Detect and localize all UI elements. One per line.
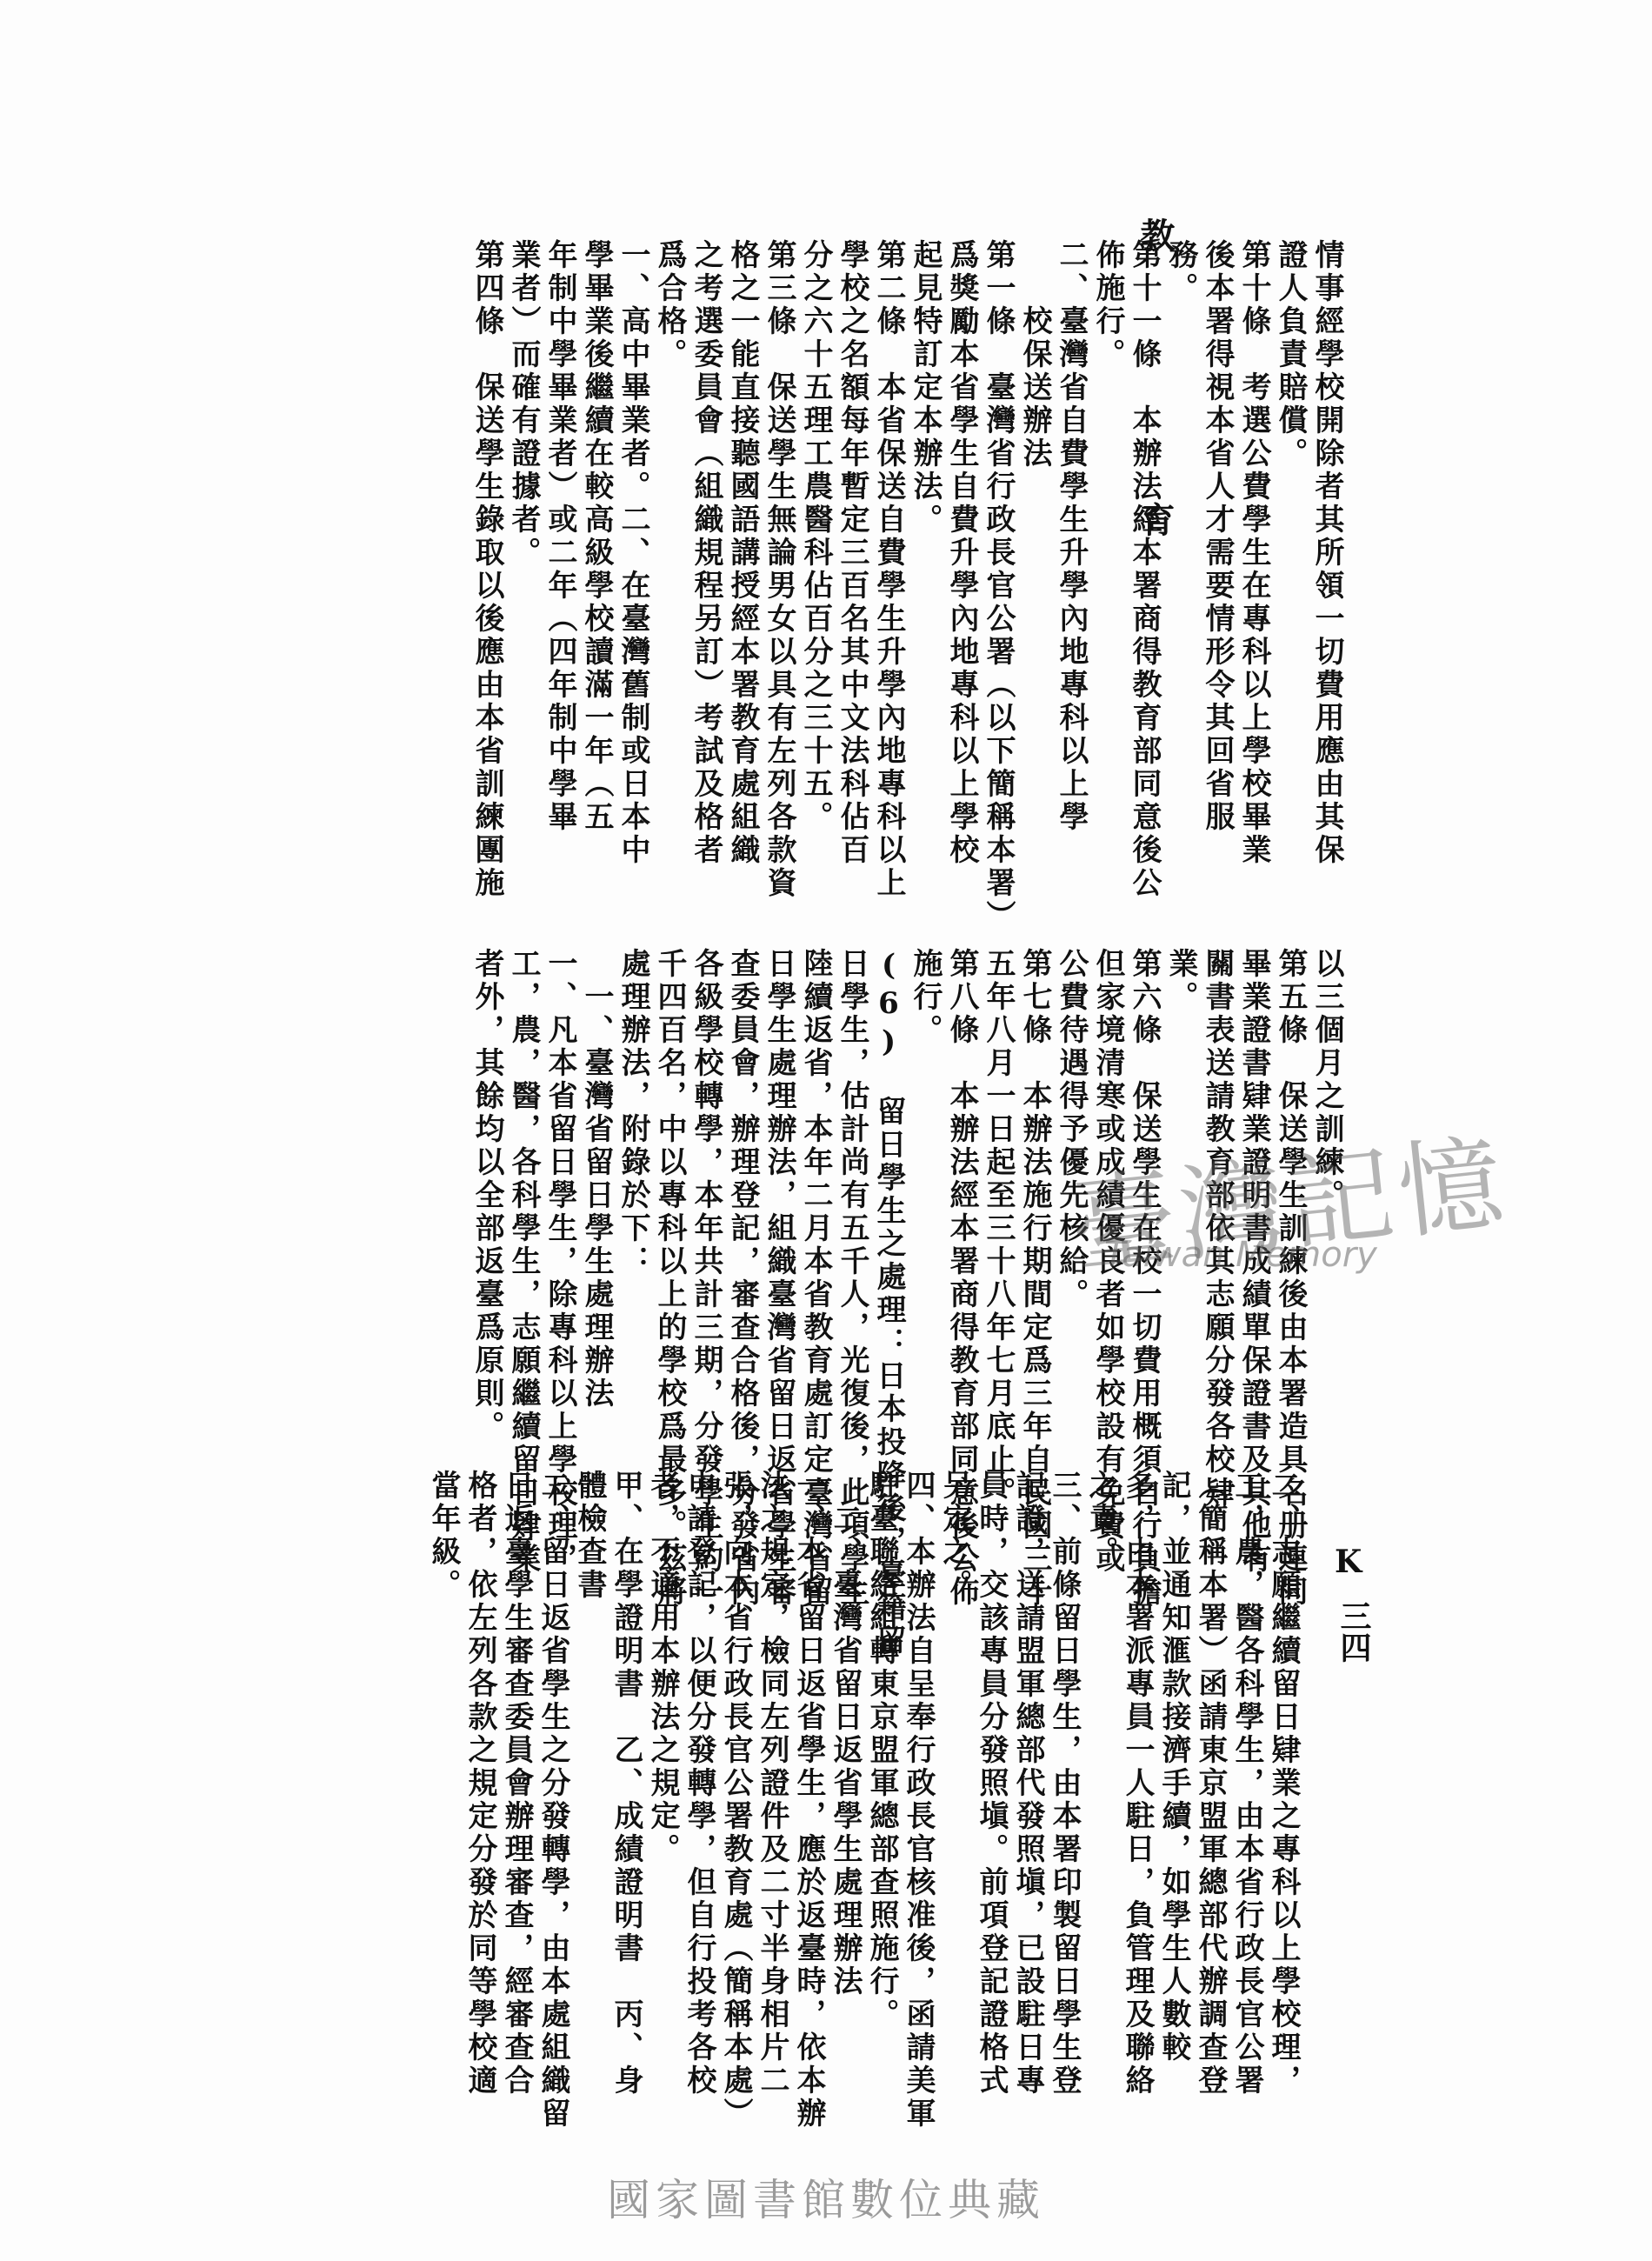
page-code: K [1335, 1544, 1362, 1580]
scanned-document-page: 教 育 K 三四 情事經學校開除者其所領一切費用應由其保證人負責賠償。第十條 考… [0, 0, 1652, 2261]
text-column: 格之一能直接聽國語講授經本署教育處組織 [724, 239, 761, 867]
text-column: 後本署得視本省人才需要情形令其回省服 [1199, 239, 1236, 834]
text-column: 佈施行。 [1089, 239, 1126, 371]
text-column: 學畢業後繼續在較高級學校讀滿一年（五 [578, 239, 615, 834]
text-column: 學校之名額每年暫定三百名其中文法科佔百 [834, 239, 870, 867]
text-column: 證人負責賠償。 [1272, 239, 1309, 470]
text-column: 年制中學畢業者）或二年（四年制中學畢 [542, 239, 578, 834]
footer-archive-label: 國家圖書館數位典藏 [0, 2165, 1652, 2228]
text-column: 之責。 [1082, 1470, 1119, 1569]
text-column: 多，由本署派專員一人駐日，負管理及聯絡 [1119, 1470, 1156, 2098]
text-column: 二、臺灣省自費學生升學內地專科以上學 [1053, 239, 1089, 834]
text-column: 第十一條 本辦法經本署商得教育部同意後公 [1126, 239, 1162, 900]
text-column: 施行。 [907, 948, 943, 1047]
text-column: （簡稱本署）函請東京盟軍總部代辦調查登 [1192, 1470, 1229, 2098]
text-column: 體檢查書 [571, 1470, 608, 1602]
page-number: 三四 [1332, 1600, 1376, 1663]
text-column: 第二條 本省保送自費學生升學內地專科以上 [870, 239, 907, 900]
watermark-english: Taiwan Memory [1104, 1235, 1377, 1275]
text-column: 二、志願繼續留日肄業之專科以上學校理， [1265, 1470, 1302, 2098]
text-column: 記，並通知滙款接濟手續，如學生人數較 [1156, 1470, 1192, 2064]
text-column: 第四條 保送學生錄取以後應由本省訓練團施 [469, 239, 505, 900]
text-column: 甲、在學證明書 乙、成績證明書 丙、身 [608, 1470, 644, 2098]
text-column: 業者）而確有證據者。 [505, 239, 542, 570]
text-column: 起見特訂定本辦法。 [907, 239, 943, 537]
text-column: 二、留日返省學生之分發轉學，由本處組織留 [535, 1470, 571, 2131]
text-column: 法之規定，檢同左列證件及二寸半身相片二 [754, 1470, 790, 2098]
text-column: 五年八月一日起至三十八年七月底止。 [980, 948, 1016, 1510]
text-column: 員時，交該專員分發照塡。前項登記證格式 [973, 1470, 1009, 2098]
text-column: 務。 [1162, 239, 1199, 305]
text-column: 處理辦法，附錄於下： [615, 948, 651, 1278]
text-column: 申請登記，以便分發轉學，但自行投考各校 [681, 1470, 717, 2098]
text-column: 第三條 保送學生無論男女以具有左列各款資 [761, 239, 797, 900]
text-column: 者外，其餘均以全部返臺爲原則。 [469, 948, 505, 1444]
text-column: 四、本辦法自呈奉行政長官核准後，函請美軍 [900, 1470, 936, 2131]
text-column: 分之六十五理工農醫科佔百分之三十五。 [797, 239, 834, 834]
text-column: 第十條 考選公費學生在專科以上學校畢業 [1236, 239, 1272, 867]
text-column: 駐臺聯絡組轉東京盟軍總部查照施行。 [863, 1470, 900, 2031]
text-column: 之考選委員會（組織規程另訂）考試及格者 [688, 239, 724, 867]
text-column: 日返臺學生審查委員會辦理審查，經審查合 [498, 1470, 535, 2098]
text-column: 一、高中畢業者。二、在臺灣舊制或日本中 [615, 239, 651, 867]
text-column: 校保送辦法 [1016, 239, 1053, 470]
text-column: 業。 [1162, 948, 1199, 1014]
text-column: 當年級。 [425, 1470, 462, 1602]
text-column: 另定之。 [936, 1470, 973, 1602]
text-column: 格者，依左列各款之規定分發於同等學校適 [462, 1470, 498, 2098]
text-column: 工，農，醫各科學生，由本省行政長官公署 [1229, 1470, 1265, 2098]
text-column: 張，向本省行政長官公署教育處（簡稱本處） [717, 1470, 754, 2131]
text-column: 第一條 臺灣省行政長官公署（以下簡稱本署） [980, 239, 1016, 933]
text-column: 者，不適用本辦法之規定。 [644, 1470, 681, 1866]
text-column: 一、臺灣省留日學生處理辦法 [578, 948, 615, 1411]
text-column: 爲合格。 [651, 239, 688, 371]
text-column: 爲獎勵本省學生自費升學內地專科以上學校 [943, 239, 980, 867]
text-column: 一、本省留日返省學生，應於返臺時，依本辦 [790, 1470, 827, 2131]
text-column: 記證，送請盟軍總部代發照塡，已設駐日專 [1009, 1470, 1046, 2098]
text-column: 三、前條留日學生，由本署印製留日學生登 [1046, 1470, 1082, 2098]
text-column: 二、臺灣省留日返省學生處理辦法 [827, 1470, 863, 1998]
text-column: 情事經學校開除者其所領一切費用應由其保 [1309, 239, 1345, 867]
